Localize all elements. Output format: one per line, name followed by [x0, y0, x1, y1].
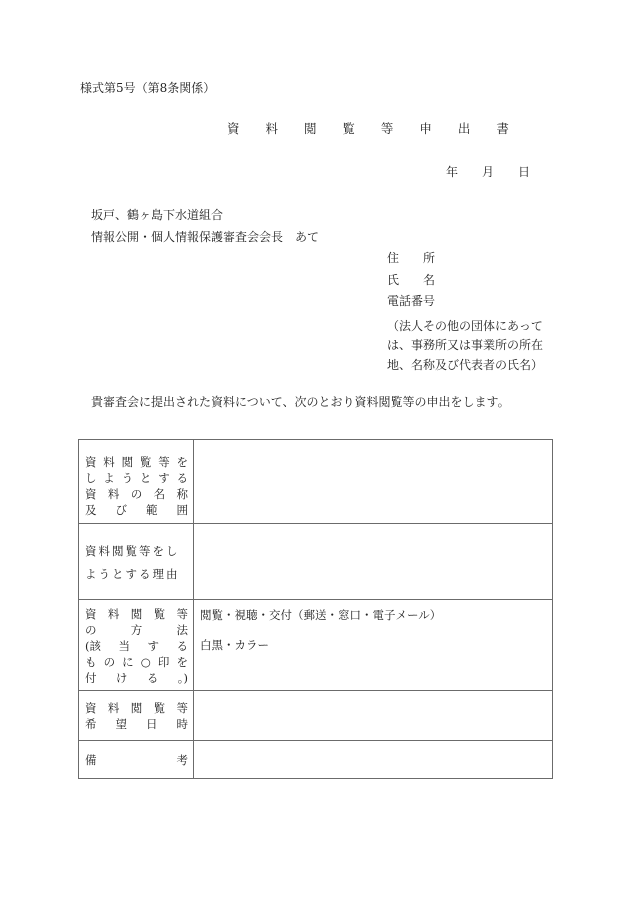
label-desired-date: 資料閲覧等 希望日時: [79, 691, 194, 741]
address-label: 住 所: [387, 251, 435, 273]
date-month-label: 月: [482, 166, 494, 178]
date-line: 年 月 日: [446, 166, 530, 178]
request-form-table: 資料閲覧等を しようとする 資料の名称 及び範囲 資料閲覧等をし ようとする理由: [78, 439, 553, 779]
applicant-block: 住 所 氏 名 電話番号 （法人その他の団体にあっては、事務所又は事業所の所在地…: [387, 251, 547, 375]
addressee-organization: 坂戸、鶴ヶ島下水道組合: [91, 209, 223, 221]
label-remarks: 備考: [79, 741, 194, 779]
addressee-title: 情報公開・個人情報保護審査会会長 あて: [91, 231, 319, 243]
label-material-name: 資料閲覧等を しようとする 資料の名称 及び範囲: [79, 440, 194, 524]
name-label: 氏 名: [387, 273, 435, 295]
date-day-label: 日: [518, 166, 530, 178]
color-options[interactable]: 白黒・カラー: [200, 638, 546, 652]
table-row-method: 資料閲覧等 の方法 (該当する ものに○印を 付ける。) 閲覧・視聴・交付（郵送…: [79, 600, 553, 691]
method-options[interactable]: 閲覧・視聴・交付（郵送・窓口・電子メール）: [200, 608, 546, 622]
table-row-material-name: 資料閲覧等を しようとする 資料の名称 及び範囲: [79, 440, 553, 524]
label-method: 資料閲覧等 の方法 (該当する ものに○印を 付ける。): [79, 600, 194, 691]
field-remarks[interactable]: [194, 741, 553, 779]
table-row-remarks: 備考: [79, 741, 553, 779]
table-row-reason: 資料閲覧等をし ようとする理由: [79, 524, 553, 600]
applicant-note: （法人その他の団体にあっては、事務所又は事業所の所在地、名称及び代表者の氏名）: [387, 317, 547, 376]
date-year-label: 年: [446, 166, 458, 178]
table-row-desired-date: 資料閲覧等 希望日時: [79, 691, 553, 741]
document-title: 資 料 閲 覧 等 申 出 書: [227, 123, 520, 136]
label-reason: 資料閲覧等をし ようとする理由: [79, 524, 194, 600]
form-number: 様式第5号（第8条関係）: [80, 82, 215, 94]
field-method[interactable]: 閲覧・視聴・交付（郵送・窓口・電子メール） 白黒・カラー: [194, 600, 553, 691]
intro-text: 貴審査会に提出された資料について、次のとおり資料閲覧等の申出をします。: [91, 396, 510, 408]
field-reason[interactable]: [194, 524, 553, 600]
field-material-name[interactable]: [194, 440, 553, 524]
field-desired-date[interactable]: [194, 691, 553, 741]
phone-label: 電話番号: [387, 294, 547, 316]
